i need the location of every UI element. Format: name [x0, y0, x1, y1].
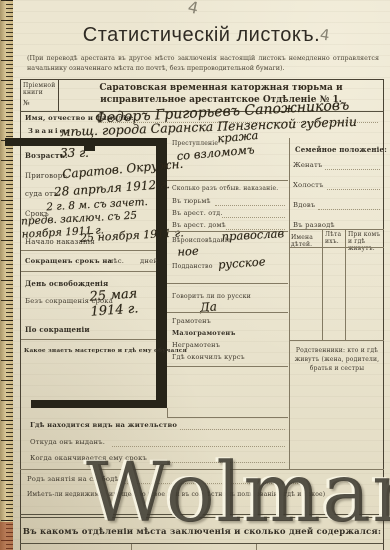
residence-permit-label: Гдѣ находится видъ на жительство	[30, 421, 177, 429]
column-divider	[289, 138, 290, 470]
reduced-months-label: мѣс.	[108, 257, 124, 265]
rule-line	[167, 417, 288, 418]
citizenship-label: Подданство	[172, 263, 213, 270]
measuring-ruler	[0, 0, 14, 550]
document-title: Статистическій листокъ.	[13, 24, 390, 47]
times-served-label: Сколько разъ отбыв. наказаніе.	[172, 185, 278, 192]
rule-line	[21, 250, 156, 251]
single-label: Холостъ	[293, 181, 324, 189]
no-reduction-handwritten-value: 25 мая 1914 г.	[89, 284, 169, 319]
divider	[167, 408, 168, 417]
family-status-label: Семейное положеніе:	[295, 145, 387, 154]
semi-literate-label: Малограмотенъ	[172, 329, 236, 337]
dotted-leader	[222, 216, 285, 218]
in-arrest-house-label: Въ арест. домѣ	[172, 221, 226, 229]
rule-line	[289, 229, 384, 230]
ruler-major-ticks	[1, 0, 13, 550]
in-prison-label: Въ тюрьмѣ	[172, 197, 211, 205]
children-names-header: Имена дѣтей.	[291, 234, 321, 248]
relatives-label: Родственники: кто и гдѣ живутъ (жена, ро…	[293, 346, 381, 373]
rule-line	[289, 340, 384, 341]
admission-book-number: №	[23, 99, 30, 107]
illiterate-label: Неграмотенъ	[172, 341, 220, 349]
scanned-document: 4 4 Статистическій листокъ. (При перевод…	[0, 0, 390, 550]
sentence-label: Приговоръ	[25, 172, 67, 180]
reduced-term-label: Сокращенъ срокъ на	[25, 257, 112, 265]
thick-frame-bottom	[31, 400, 167, 408]
permit-issued-from-label: Откуда онъ выданъ.	[30, 438, 105, 446]
in-arrest-dept-label: Въ арест. отд.	[172, 209, 223, 217]
dotted-leader	[325, 168, 380, 170]
reduced-days-label: дней	[140, 257, 158, 265]
rule-line	[167, 283, 288, 284]
age-handwritten-value: 33 г.	[60, 146, 89, 160]
married-label: Женатъ	[293, 161, 323, 169]
children-residence-header: При комъ и гдѣ живутъ.	[348, 231, 383, 252]
dotted-leader	[318, 208, 380, 210]
rule-line	[167, 180, 288, 181]
widower-label: Вдовъ	[293, 201, 315, 209]
dotted-leader	[215, 204, 285, 206]
rule-line	[167, 312, 288, 313]
literate-label: Грамотенъ	[172, 317, 211, 325]
table-divider	[256, 544, 257, 550]
table-divider	[345, 229, 346, 340]
craft-label: Какое знаетъ мастерство и гдѣ ему обучал…	[24, 348, 187, 354]
children-ages-header: Лѣта ихъ.	[325, 231, 344, 245]
table-divider	[131, 544, 132, 550]
rule-line	[21, 339, 156, 340]
table-divider	[322, 229, 323, 340]
dotted-leader	[180, 428, 285, 430]
rule-line	[20, 543, 384, 544]
dotted-leader	[327, 188, 380, 190]
finished-school-label: Гдѣ окончилъ курсъ	[172, 353, 245, 361]
rule-line	[167, 366, 288, 367]
release-day-label: День освобожденія	[25, 279, 108, 288]
document-subtitle: (При переводѣ арестанта въ другое мѣсто …	[27, 54, 379, 73]
ruler-red-section	[0, 522, 13, 550]
court-label: суда отъ	[25, 190, 58, 198]
with-reduction-label: По сокращеніи	[25, 325, 90, 334]
wolmar-watermark: Wolmar	[86, 446, 390, 541]
admission-book-label: Пріемной книги	[23, 82, 57, 96]
rule-line	[21, 271, 156, 272]
rule-line	[289, 247, 384, 248]
divorced-label: Въ разводѣ	[293, 221, 335, 229]
